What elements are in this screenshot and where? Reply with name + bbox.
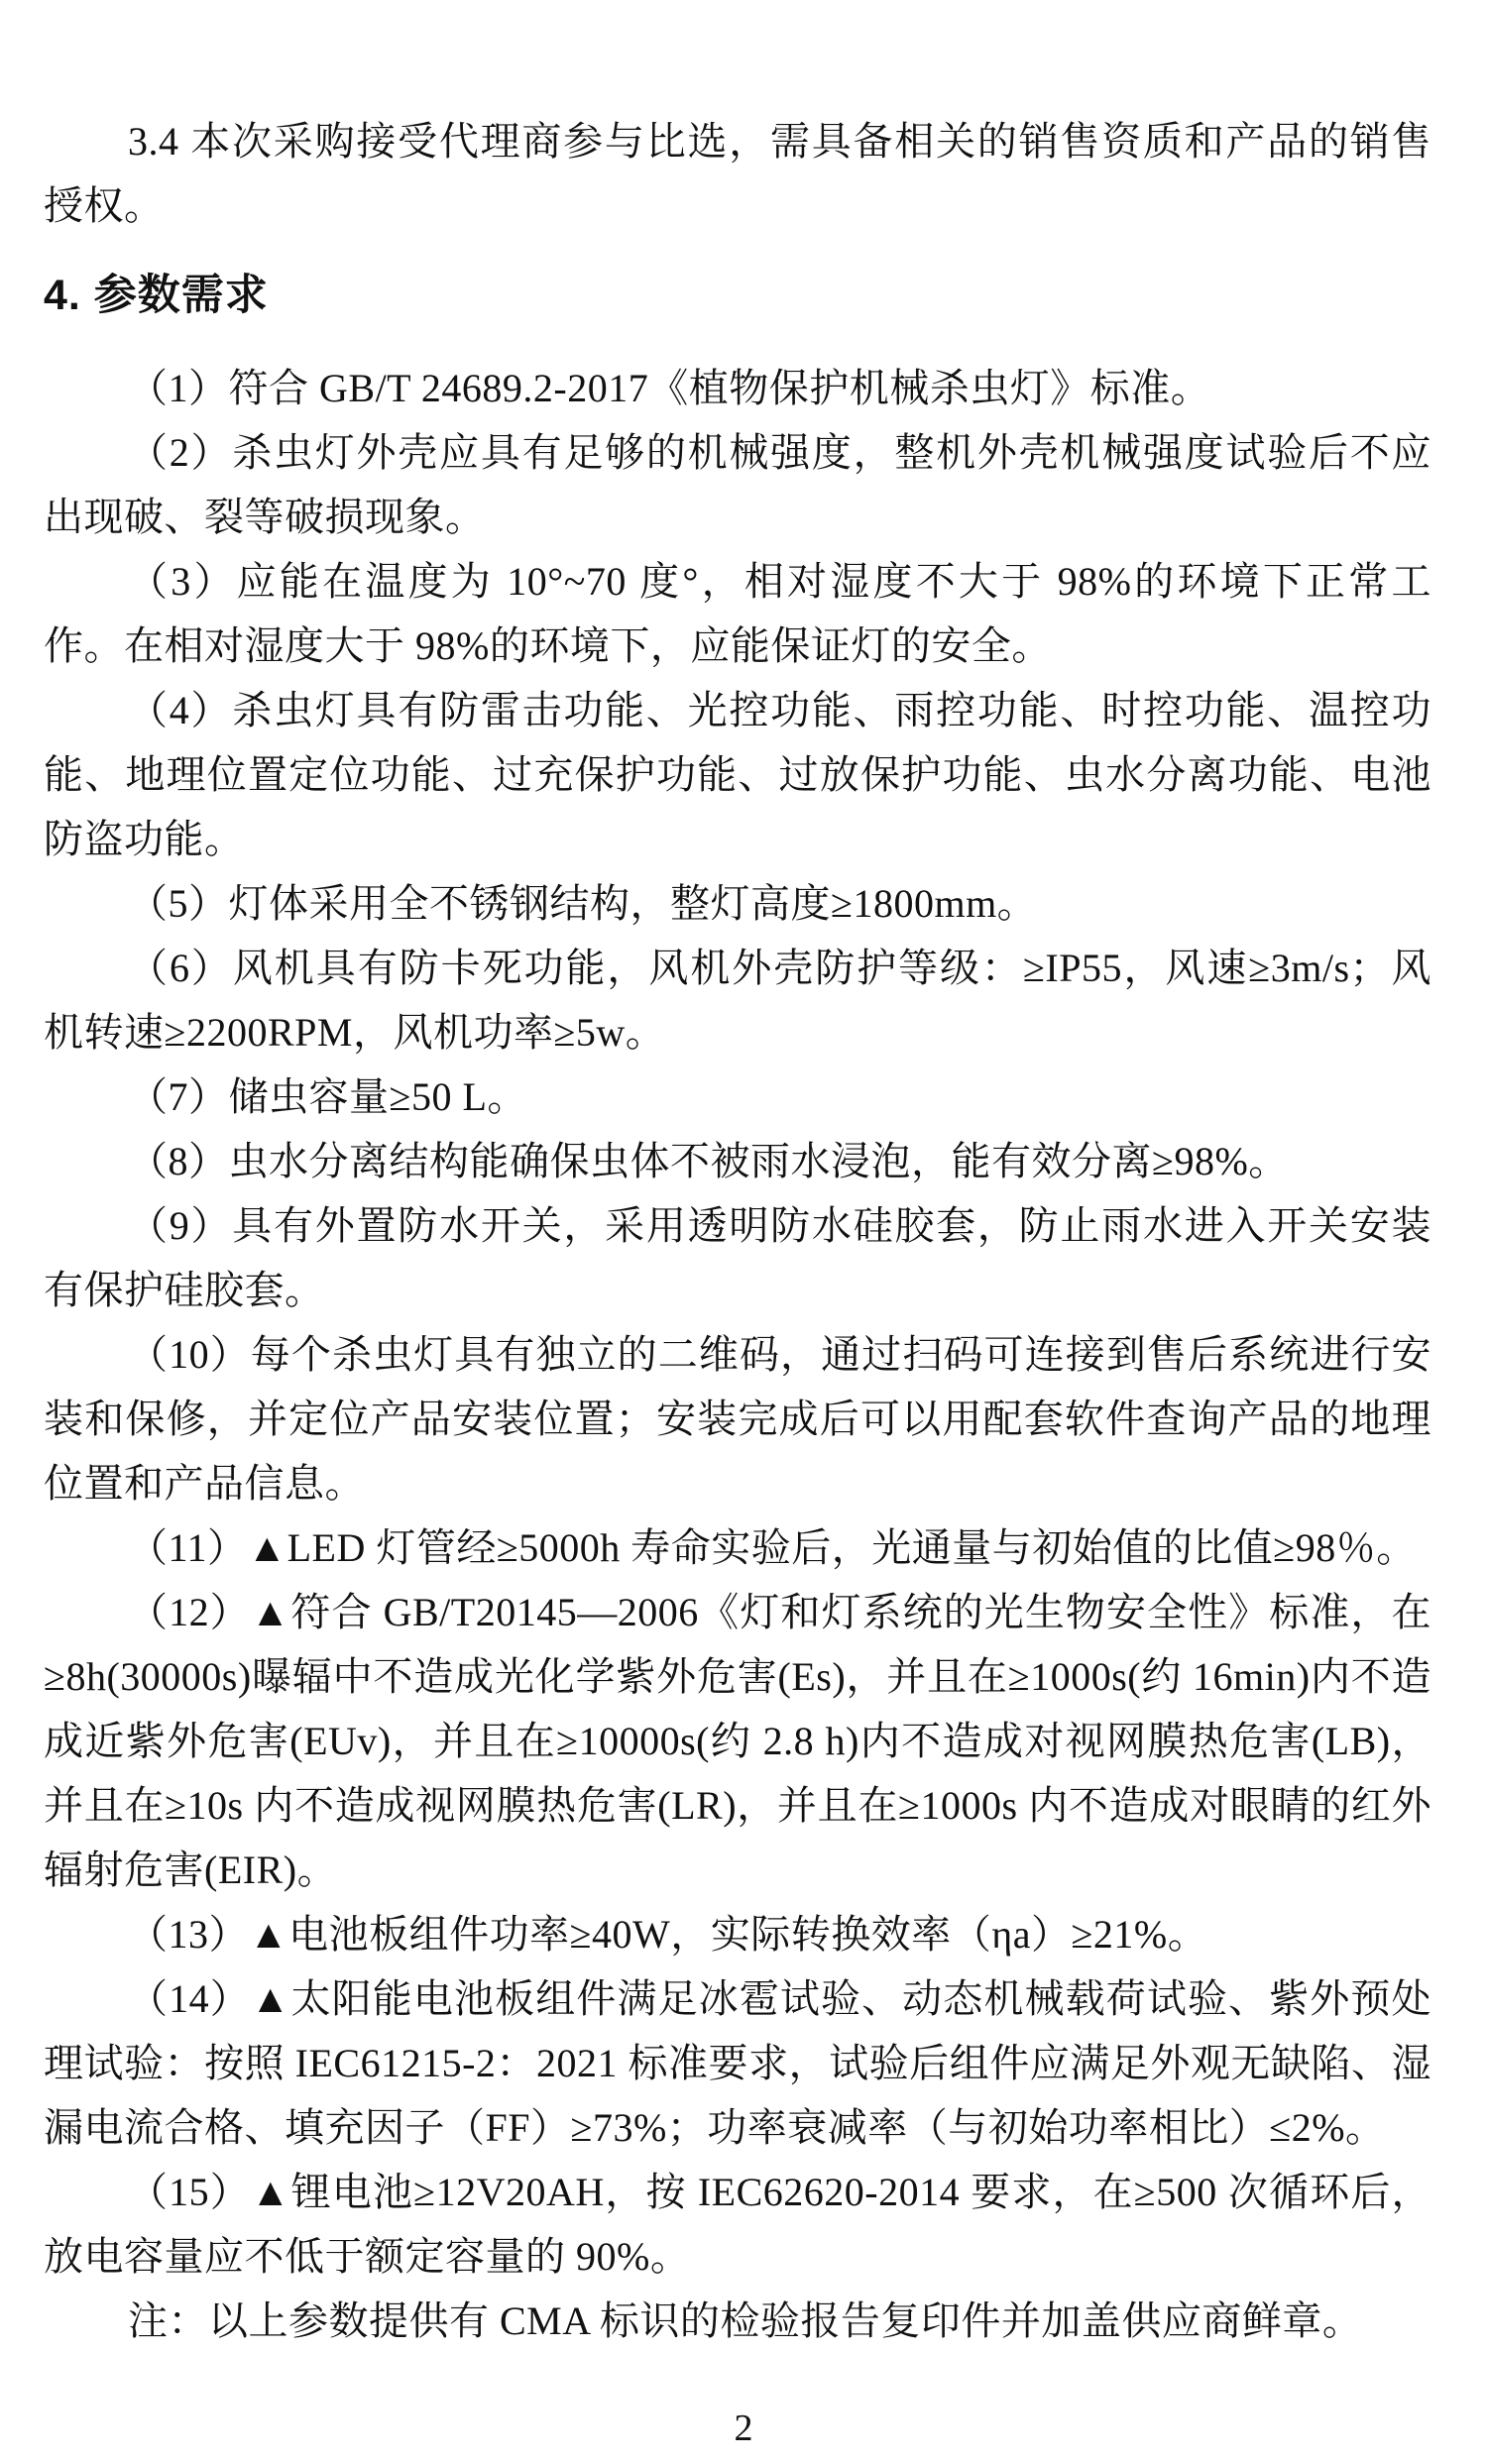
- parameter-item: （1）符合 GB/T 24689.2-2017《植物保护机械杀虫灯》标准。: [44, 356, 1431, 420]
- parameter-item: （7）储虫容量≥50 L。: [44, 1064, 1431, 1129]
- parameter-item: （6）风机具有防卡死功能，风机外壳防护等级：≥IP55，风速≥3m/s；风机转速…: [44, 936, 1431, 1064]
- section-heading: 4. 参数需求: [44, 264, 1431, 328]
- parameter-item: （5）灯体采用全不锈钢结构，整灯高度≥1800mm。: [44, 871, 1431, 936]
- parameter-list: （1）符合 GB/T 24689.2-2017《植物保护机械杀虫灯》标准。（2）…: [44, 356, 1431, 2289]
- parameter-item: （11）▲LED 灯管经≥5000h 寿命实验后，光通量与初始值的比值≥98％。: [44, 1515, 1431, 1580]
- note-paragraph: 注：以上参数提供有 CMA 标识的检验报告复印件并加盖供应商鲜章。: [44, 2289, 1431, 2353]
- parameter-item: （10）每个杀虫灯具有独立的二维码，通过扫码可连接到售后系统进行安装和保修，并定…: [44, 1322, 1431, 1515]
- page-number: 2: [0, 2407, 1487, 2450]
- parameter-item: （15）▲锂电池≥12V20AH，按 IEC62620-2014 要求，在≥50…: [44, 2160, 1431, 2289]
- parameter-item: （9）具有外置防水开关，采用透明防水硅胶套，防止雨水进入开关安装有保护硅胶套。: [44, 1193, 1431, 1322]
- parameter-item: （2）杀虫灯外壳应具有足够的机械强度，整机外壳机械强度试验后不应出现破、裂等破损…: [44, 420, 1431, 549]
- document-page: 3.4 本次采购接受代理商参与比选，需具备相关的销售资质和产品的销售授权。 4.…: [0, 0, 1487, 2464]
- parameter-item: （4）杀虫灯具有防雷击功能、光控功能、雨控功能、时控功能、温控功能、地理位置定位…: [44, 678, 1431, 871]
- parameter-item: （8）虫水分离结构能确保虫体不被雨水浸泡，能有效分离≥98%。: [44, 1129, 1431, 1193]
- parameter-item: （3）应能在温度为 10°~70 度°，相对湿度不大于 98%的环境下正常工作。…: [44, 549, 1431, 678]
- parameter-item: （14）▲太阳能电池板组件满足冰雹试验、动态机械载荷试验、紫外预处理试验：按照 …: [44, 1966, 1431, 2160]
- intro-paragraph: 3.4 本次采购接受代理商参与比选，需具备相关的销售资质和产品的销售授权。: [44, 109, 1431, 238]
- parameter-item: （12）▲符合 GB/T20145—2006《灯和灯系统的光生物安全性》标准，在…: [44, 1580, 1431, 1902]
- parameter-item: （13）▲电池板组件功率≥40W，实际转换效率（ηa）≥21%。: [44, 1902, 1431, 1966]
